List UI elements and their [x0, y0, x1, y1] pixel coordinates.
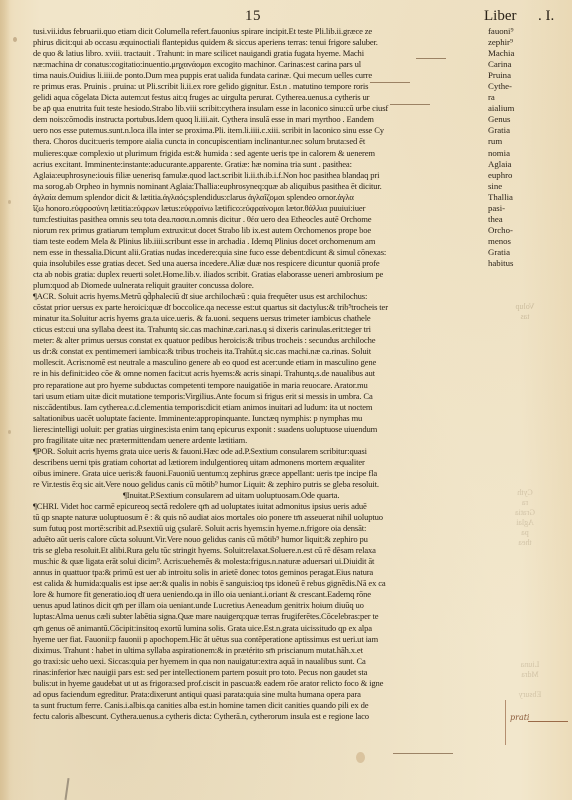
- foxing-stain: [8, 200, 11, 204]
- text-line: go traxi:sic ueho uexi. Siccas:quia per …: [33, 656, 483, 667]
- text-line: plum:quod ab Diomede uulnerata reliquit …: [33, 280, 483, 291]
- text-line: Aglaia:euphrosyne:iouis filiæ uenerisq f…: [33, 170, 483, 181]
- show-through-line: Aglai: [505, 518, 545, 528]
- margin-note: Pruina: [488, 70, 548, 81]
- text-line: us dr:& constat ex pentimemeri iambica:&…: [33, 346, 483, 357]
- show-through-line: tas: [500, 312, 550, 322]
- margin-note: ra: [488, 92, 548, 103]
- marginal-glosses: fauoni⁹ zephir⁹ Machia Carina Pruina Cyt…: [488, 26, 548, 269]
- margin-note: Genus: [488, 114, 548, 125]
- text-line: re in his definit:ideo cōe & omne nomen …: [33, 368, 483, 379]
- text-line: ἴζω honoro.εὐφροσύνη lætitia:εὐφρων lætu…: [33, 203, 483, 214]
- text-line: gelidi aqua cōgelata Dicta autem:ut fest…: [33, 92, 483, 103]
- show-through-line: ra: [505, 498, 545, 508]
- text-line: ma sorog.ab Orpheo in hymnis nominant Ag…: [33, 181, 483, 192]
- text-line: lore & humore fit generatio.ioq dī uera …: [33, 589, 483, 600]
- show-through-line: thea: [505, 538, 545, 548]
- text-line: thera. Choros ducit:ueris tempore aialia…: [33, 136, 483, 147]
- text-line: sum futuq post mortē:scribit ad.P.sextiū…: [33, 523, 483, 534]
- margin-note: pasi-: [488, 203, 548, 214]
- show-through-text: Cyth ra Gratia Aglai pa thea: [505, 488, 545, 548]
- text-line: re primus eras. Pruinis . pruina: ut Pli…: [33, 81, 483, 92]
- manuscript-page: 15 Liber . I. tusi.vii.idus februarii.qu…: [0, 0, 572, 800]
- margin-note: Gratia: [488, 247, 548, 258]
- margin-note: habitus: [488, 258, 548, 269]
- book-number: . I.: [538, 8, 554, 25]
- text-line: describens uerni tpis gratiam cohortat a…: [33, 457, 483, 468]
- text-line: tiam teste eodem Mela & Plinius lib.iiii…: [33, 236, 483, 247]
- pencil-mark: [64, 778, 69, 800]
- folio-number: 15: [245, 8, 261, 25]
- running-title: Liber: [484, 8, 516, 25]
- text-line: tum:festiuitas pasithea omnis seu tota d…: [33, 214, 483, 225]
- text-line: diximus. Trahunt : habet in ultima sylla…: [33, 645, 483, 656]
- text-line: phirus dicit:qui ab occasu æquinoctiali …: [33, 37, 483, 48]
- text-line: oibus iminere. Grata uice ueris:& fauoni…: [33, 468, 483, 479]
- text-line: rinas:inferior hæc nauigii pars est: sed…: [33, 667, 483, 678]
- text-line: acrius excitant. Imminente:instante:aduc…: [33, 159, 483, 170]
- show-through-line: Liuna: [510, 660, 550, 670]
- text-line: ad opus faciendum egreditur. Prata:dixer…: [33, 689, 483, 700]
- margin-note: Carina: [488, 59, 548, 70]
- ink-underline: [416, 58, 446, 59]
- text-line: ἀγλαία demum splendor dicit & lætitia.ἀγ…: [33, 192, 483, 203]
- show-through-line: Mdra: [510, 670, 550, 680]
- show-through-line: Ebsury: [510, 690, 550, 700]
- text-line: tari usum etiam uitæ dicit mutatione tem…: [33, 391, 483, 402]
- text-line: lieres:intelligi uoluit: per gratias uir…: [33, 424, 483, 435]
- margin-note: nomia: [488, 148, 548, 159]
- margin-note: Thallia: [488, 192, 548, 203]
- section-acr-start: ¶ACR. Soluit acris hyems.Metrū qd̄phalec…: [33, 291, 483, 302]
- handwritten-annotation: prati: [510, 713, 530, 722]
- text-line: cticus est:cui una syllaba deest ita. Tr…: [33, 324, 483, 335]
- margin-note: thea: [488, 214, 548, 225]
- text-line: quia insolubiles esse gratias decet. Sed…: [33, 258, 483, 269]
- text-line: saltationibus uacēt uoluptate faciente. …: [33, 413, 483, 424]
- text-line: nem esse in thessalia.Dicunt alii.Gratia…: [33, 247, 483, 258]
- page-header: 15 Liber . I.: [0, 8, 572, 28]
- text-line: uero nos esse putemus.sunt.n.loca illa i…: [33, 125, 483, 136]
- margin-note: rum: [488, 136, 548, 147]
- margin-note: Orcho-: [488, 225, 548, 236]
- text-line: cta ab nobis gratia: duplex reuerti sole…: [33, 269, 483, 280]
- margin-note: Gratia: [488, 125, 548, 136]
- text-line: mus:hic & quæ ligata erāt solui dicim⁹. …: [33, 556, 483, 567]
- text-line: aduēto aūt ueris calore cūcta soluunt.Vi…: [33, 534, 483, 545]
- text-line: pro fragilitate uitæ nec prætermittendam…: [33, 435, 483, 446]
- ink-underline: [393, 753, 453, 754]
- margin-note: Cythe-: [488, 81, 548, 92]
- ink-underline: [370, 82, 410, 83]
- page-gutter-edge: [0, 0, 10, 800]
- text-line: ta sunt fructum ferre. Canis.i.albis.qa …: [33, 700, 483, 711]
- show-through-line: pa: [505, 528, 545, 538]
- show-through-line: Cyth: [505, 488, 545, 498]
- text-line: est calida & humida:qualis est ipse aer:…: [33, 578, 483, 589]
- margin-note: zephir⁹: [488, 37, 548, 48]
- margin-note: Machia: [488, 48, 548, 59]
- margin-note: sine: [488, 181, 548, 192]
- ode-heading: ¶Inuitat.P.Sextium consularem ad uitam u…: [33, 490, 483, 501]
- text-line: tris se gleba resoluit.Et alibi.Rura gel…: [33, 545, 483, 556]
- text-line: minatur ita.Soluitur acris hyems gra.ta …: [33, 313, 483, 324]
- text-line: mulieres:quæ complexio ut plurimum frigi…: [33, 148, 483, 159]
- show-through-text: Liuna Mdra Ebsury: [510, 660, 550, 700]
- text-line: bulis:ut in hyeme gaudebat ut ut as frig…: [33, 678, 483, 689]
- text-line: nis:cādentibus. Iam cytherea.c.d.clement…: [33, 402, 483, 413]
- foxing-stain: [356, 752, 365, 763]
- show-through-line: Volup: [500, 302, 550, 312]
- margin-note: aialium: [488, 103, 548, 114]
- text-line: dem nois:cōmodis instructa portubus.Idem…: [33, 114, 483, 125]
- text-line: hyeme uer fiat. Fauonii:p fauonii p apoc…: [33, 634, 483, 645]
- text-line: cōstat prior uersus ex parte heroici:quæ…: [33, 302, 483, 313]
- margin-note: fauoni⁹: [488, 26, 548, 37]
- show-through-line: [510, 680, 550, 690]
- text-line: qm̄ genus oē animantū.Cōcipit:insitoq ex…: [33, 623, 483, 634]
- handwritten-bracket: [505, 700, 506, 745]
- text-line: tima nauis.Ouidius li.iiii.de ponto.Dum …: [33, 70, 483, 81]
- text-line: mollescit. Acris:nomē est neutrale a mas…: [33, 357, 483, 368]
- ink-underline: [390, 104, 430, 105]
- text-line: pro reparatione aut pro hyeme subductas …: [33, 380, 483, 391]
- foxing-stain: [13, 37, 17, 42]
- handwritten-stroke: [528, 721, 568, 722]
- text-line: re Vir.testis ē:q sic ait.Vere nouo geli…: [33, 479, 483, 490]
- text-line: tusi.vii.idus februarii.quo etiam dicit …: [33, 26, 483, 37]
- show-through-line: Gratia: [505, 508, 545, 518]
- text-line: uenus apud latinos dicit qm̄ per illam o…: [33, 600, 483, 611]
- text-line: meter: & alter primus uersus constat ex …: [33, 335, 483, 346]
- section-por-start: ¶POR. Soluit acris hyems grata uice ueri…: [33, 446, 483, 457]
- section-chri-start: ¶CHRI. Videt hoc carmē epicureoq sectā r…: [33, 501, 483, 512]
- margin-note: Aglaia: [488, 159, 548, 170]
- show-through-text: Volup tas: [500, 302, 550, 322]
- commentary-text: tusi.vii.idus februarii.quo etiam dicit …: [33, 26, 483, 722]
- text-line: niorum rex primus gratiarum templum extr…: [33, 225, 483, 236]
- text-line: annus in quattuor tpa:& primū est uer ab…: [33, 567, 483, 578]
- margin-note: menos: [488, 236, 548, 247]
- margin-note: euphro: [488, 170, 548, 181]
- text-line: fectu caloris albescunt. Cythera.uenus.a…: [33, 711, 483, 722]
- text-line: tū qp snapte naturæ uoluptuosum ē : & qu…: [33, 512, 483, 523]
- text-line: næ:machina dr conatus:cogitatio:inuentio…: [33, 59, 483, 70]
- text-line: luptas:Alma uenus cæli subter labētia si…: [33, 611, 483, 622]
- foxing-stain: [8, 430, 11, 434]
